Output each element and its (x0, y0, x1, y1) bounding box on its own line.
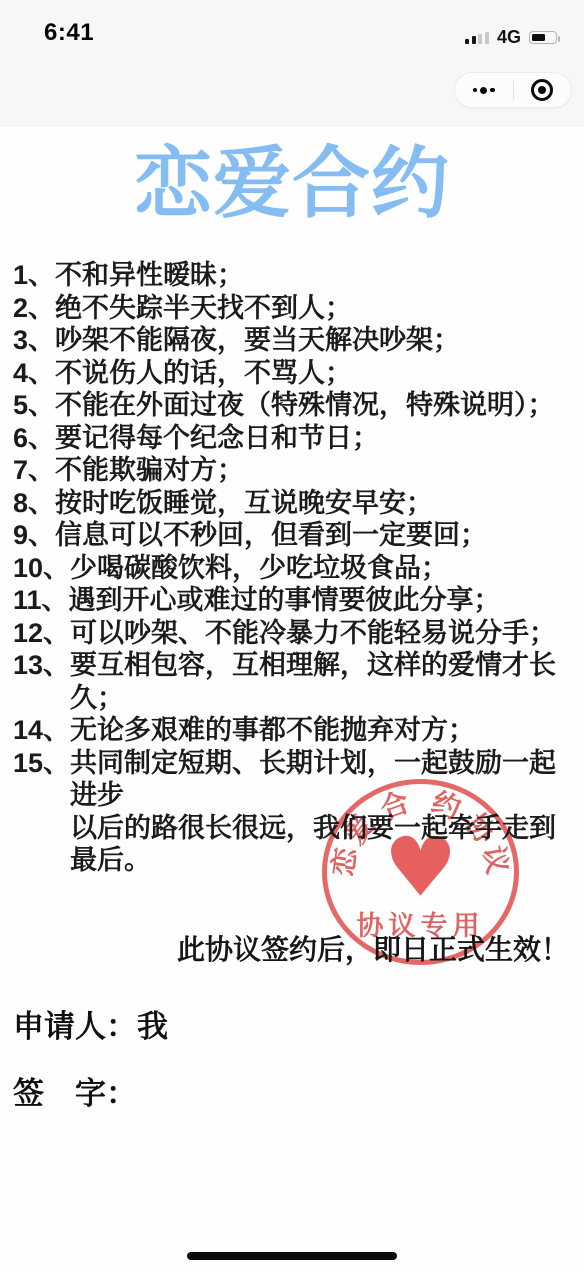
item-text-continuation: 以后的路很长很远，我们要一起牵手走到最后。 (70, 812, 572, 877)
item-number: 1、 (13, 259, 55, 292)
item-text: 不和异性暧昧； (55, 259, 244, 292)
target-dot-icon (531, 79, 553, 101)
applicant-line: 申请人：我 (13, 1009, 584, 1045)
battery-icon (529, 31, 557, 44)
page-title: 恋爱合约 (0, 144, 584, 222)
contract-item: 10、 少喝碳酸饮料，少吃垃圾食品； (13, 552, 572, 585)
item-text: 少喝碳酸饮料，少吃垃圾食品； (70, 552, 448, 585)
contract-item: 11、 遇到开心或难过的事情要彼此分享； (13, 584, 572, 617)
effective-statement: 此协议签约后，即日正式生效！ (177, 933, 584, 967)
contract-item: 4、 不说伤人的话，不骂人； (13, 357, 572, 390)
item-number: 7、 (13, 454, 55, 487)
item-text: 要记得每个纪念日和节日； (55, 422, 379, 455)
item-text: 无论多艰难的事都不能抛弃对方； (70, 714, 475, 747)
contract-item: 9、 信息可以不秒回，但看到一定要回； (13, 519, 572, 552)
item-number: 8、 (13, 487, 55, 520)
contract-item: 13、 要互相包容，互相理解，这样的爱情才长久； (13, 649, 572, 714)
item-number: 15、 (13, 747, 70, 877)
item-text: 信息可以不秒回，但看到一定要回； (55, 519, 487, 552)
item-text: 不说伤人的话，不骂人； (55, 357, 352, 390)
item-text: 共同制定短期、长期计划，一起鼓励一起进步 (70, 747, 572, 812)
more-dots-icon (473, 87, 495, 94)
signal-strength-icon (465, 32, 489, 44)
item-text: 要互相包容，互相理解，这样的爱情才长久； (70, 649, 572, 714)
item-number: 6、 (13, 422, 55, 455)
item-number: 3、 (13, 324, 55, 357)
status-bar-right: 4G (465, 27, 557, 48)
contract-document: 恋爱合约 1、 不和异性暧昧； 2、 绝不失踪半天找不到人； 3、 吵架不能隔夜… (0, 127, 584, 1112)
item-text: 可以吵架、不能冷暴力不能轻易说分手； (70, 617, 556, 650)
contract-item: 5、 不能在外面过夜（特殊情况，特殊说明）； (13, 389, 572, 422)
item-text: 不能在外面过夜（特殊情况，特殊说明）； (55, 389, 555, 422)
contract-item: 7、 不能欺骗对方； (13, 454, 572, 487)
phone-screen: 6:41 4G 恋爱合约 1、 不和异性暧昧； 2、 绝不失踪半天找不到人； 3… (0, 0, 584, 1272)
contract-item: 3、 吵架不能隔夜，要当天解决吵架； (13, 324, 572, 357)
item-number: 2、 (13, 292, 55, 325)
contract-item: 2、 绝不失踪半天找不到人； (13, 292, 572, 325)
contract-list: 1、 不和异性暧昧； 2、 绝不失踪半天找不到人； 3、 吵架不能隔夜，要当天解… (13, 259, 572, 877)
network-type-label: 4G (497, 27, 521, 48)
contract-item: 12、 可以吵架、不能冷暴力不能轻易说分手； (13, 617, 572, 650)
item-number: 14、 (13, 714, 70, 747)
contract-item: 14、 无论多艰难的事都不能抛弃对方； (13, 714, 572, 747)
item-text: 吵架不能隔夜，要当天解决吵架； (55, 324, 460, 357)
signature-line: 签 字： (13, 1076, 584, 1112)
item-text: 遇到开心或难过的事情要彼此分享； (69, 584, 501, 617)
clock-time: 6:41 (44, 19, 94, 47)
item-number: 10、 (13, 552, 70, 585)
item-text: 绝不失踪半天找不到人； (55, 292, 352, 325)
item-text: 按时吃饭睡觉，互说晚安早安； (55, 487, 433, 520)
item-number: 5、 (13, 389, 55, 422)
item-number: 9、 (13, 519, 55, 552)
more-options-button[interactable] (455, 73, 513, 107)
item-number: 4、 (13, 357, 55, 390)
item-text: 不能欺骗对方； (55, 454, 244, 487)
item-number: 11、 (13, 584, 69, 617)
contract-item: 1、 不和异性暧昧； (13, 259, 572, 292)
miniprogram-capsule (454, 72, 572, 108)
contract-item: 15、 共同制定短期、长期计划，一起鼓励一起进步 以后的路很长很远，我们要一起牵… (13, 747, 572, 877)
home-indicator-bar[interactable] (187, 1252, 397, 1260)
close-minimize-button[interactable] (514, 73, 572, 107)
item-number: 12、 (13, 617, 70, 650)
item-number: 13、 (13, 649, 70, 714)
contract-item: 6、 要记得每个纪念日和节日； (13, 422, 572, 455)
contract-item: 8、 按时吃饭睡觉，互说晚安早安； (13, 487, 572, 520)
